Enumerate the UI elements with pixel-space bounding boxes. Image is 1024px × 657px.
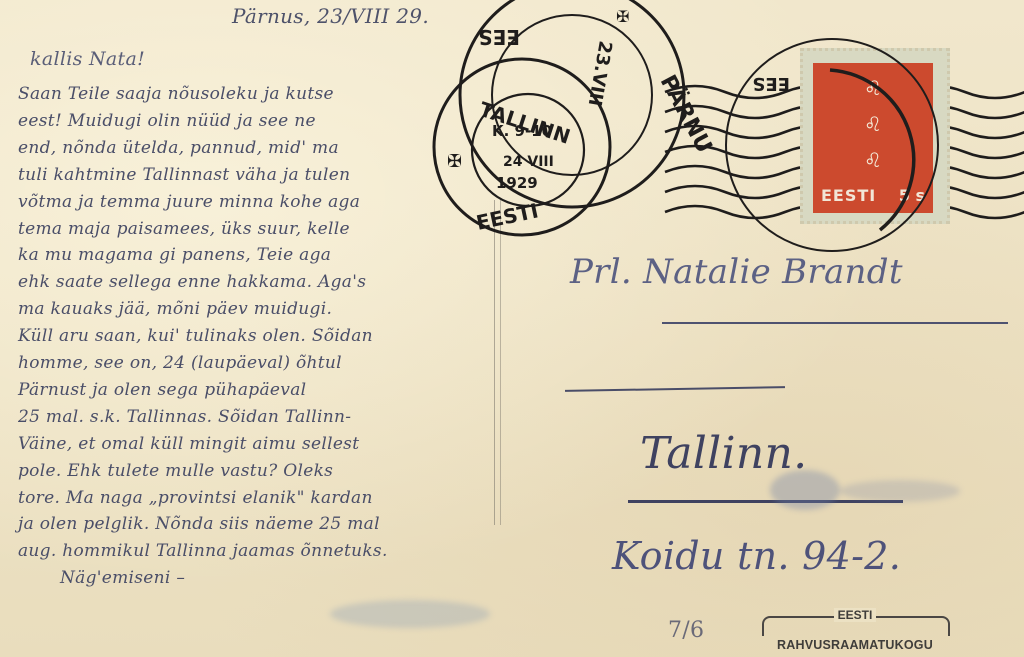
message-line: ehk saate sellega enne hakkama. Aga's	[18, 272, 366, 292]
parnu-date: 23.VIII	[584, 39, 616, 108]
message-line: Pärnust ja olen sega pühapäeval	[18, 380, 306, 400]
cross-icon: ✠	[616, 7, 629, 26]
postmark-rings: PÄRNU EES 23.VIII TALLINN K. 9-10 24 VII…	[0, 0, 1024, 260]
message-line: aug. hommikul Tallinna jaamas õnnetuks.	[18, 541, 388, 561]
message-line: ma kauaks jää, mõni päev muidugi.	[18, 299, 332, 319]
ink-smudge	[840, 480, 960, 502]
library-stamp-top: EESTI	[834, 608, 877, 622]
postcard: Pärnus, 23/VIII 29. kallis Nata! Saan Te…	[0, 0, 1024, 657]
tallinn-year: 1929	[496, 174, 538, 192]
message-line: homme, see on, 24 (laupäeval) õhtul	[18, 353, 342, 373]
city-underline	[628, 500, 903, 503]
pencil-annotation: 7/6	[668, 618, 704, 643]
parnu-ring-text: PÄRNU	[655, 71, 718, 158]
message-line: Küll aru saan, kui' tulinaks olen. Sõida…	[18, 326, 373, 346]
tallinn-lower-text: EESTI	[474, 198, 540, 235]
library-stamp: EESTI RAHVUSRAAMATUKOGU	[760, 606, 950, 656]
message-line: tore. Ma naga „provintsi elanik" kardan	[18, 488, 373, 508]
recipient-name: Prl. Natalie Brandt	[570, 252, 903, 292]
message-line: ja olen pelglik. Nõnda siis näeme 25 mal	[18, 514, 380, 534]
recipient-street: Koidu tn. 94-2.	[612, 534, 901, 578]
city-flourish	[565, 386, 785, 392]
message-line: 25 mal. s.k. Tallinnas. Sõidan Tallinn-	[18, 407, 351, 427]
ink-smudge	[330, 600, 490, 628]
cross-icon: ✠	[447, 151, 462, 172]
parnu-upper-text: EES	[478, 25, 520, 49]
message-line: pole. Ehk tulete mulle vastu? Oleks	[18, 461, 333, 481]
message-line: Näg'emiseni –	[60, 568, 185, 588]
tallinn-date: 24 VIII	[503, 154, 554, 170]
tallinn-time: K. 9-10	[492, 122, 552, 140]
library-stamp-bottom: RAHVUSRAAMATUKOGU	[760, 638, 950, 652]
ink-smudge	[770, 470, 840, 510]
cancellation-ring-text: EES	[752, 73, 790, 94]
message-line: Väine, et omal küll mingit aimu sellest	[18, 434, 359, 454]
recipient-underline	[662, 322, 1008, 324]
recipient-city: Tallinn.	[640, 428, 807, 479]
